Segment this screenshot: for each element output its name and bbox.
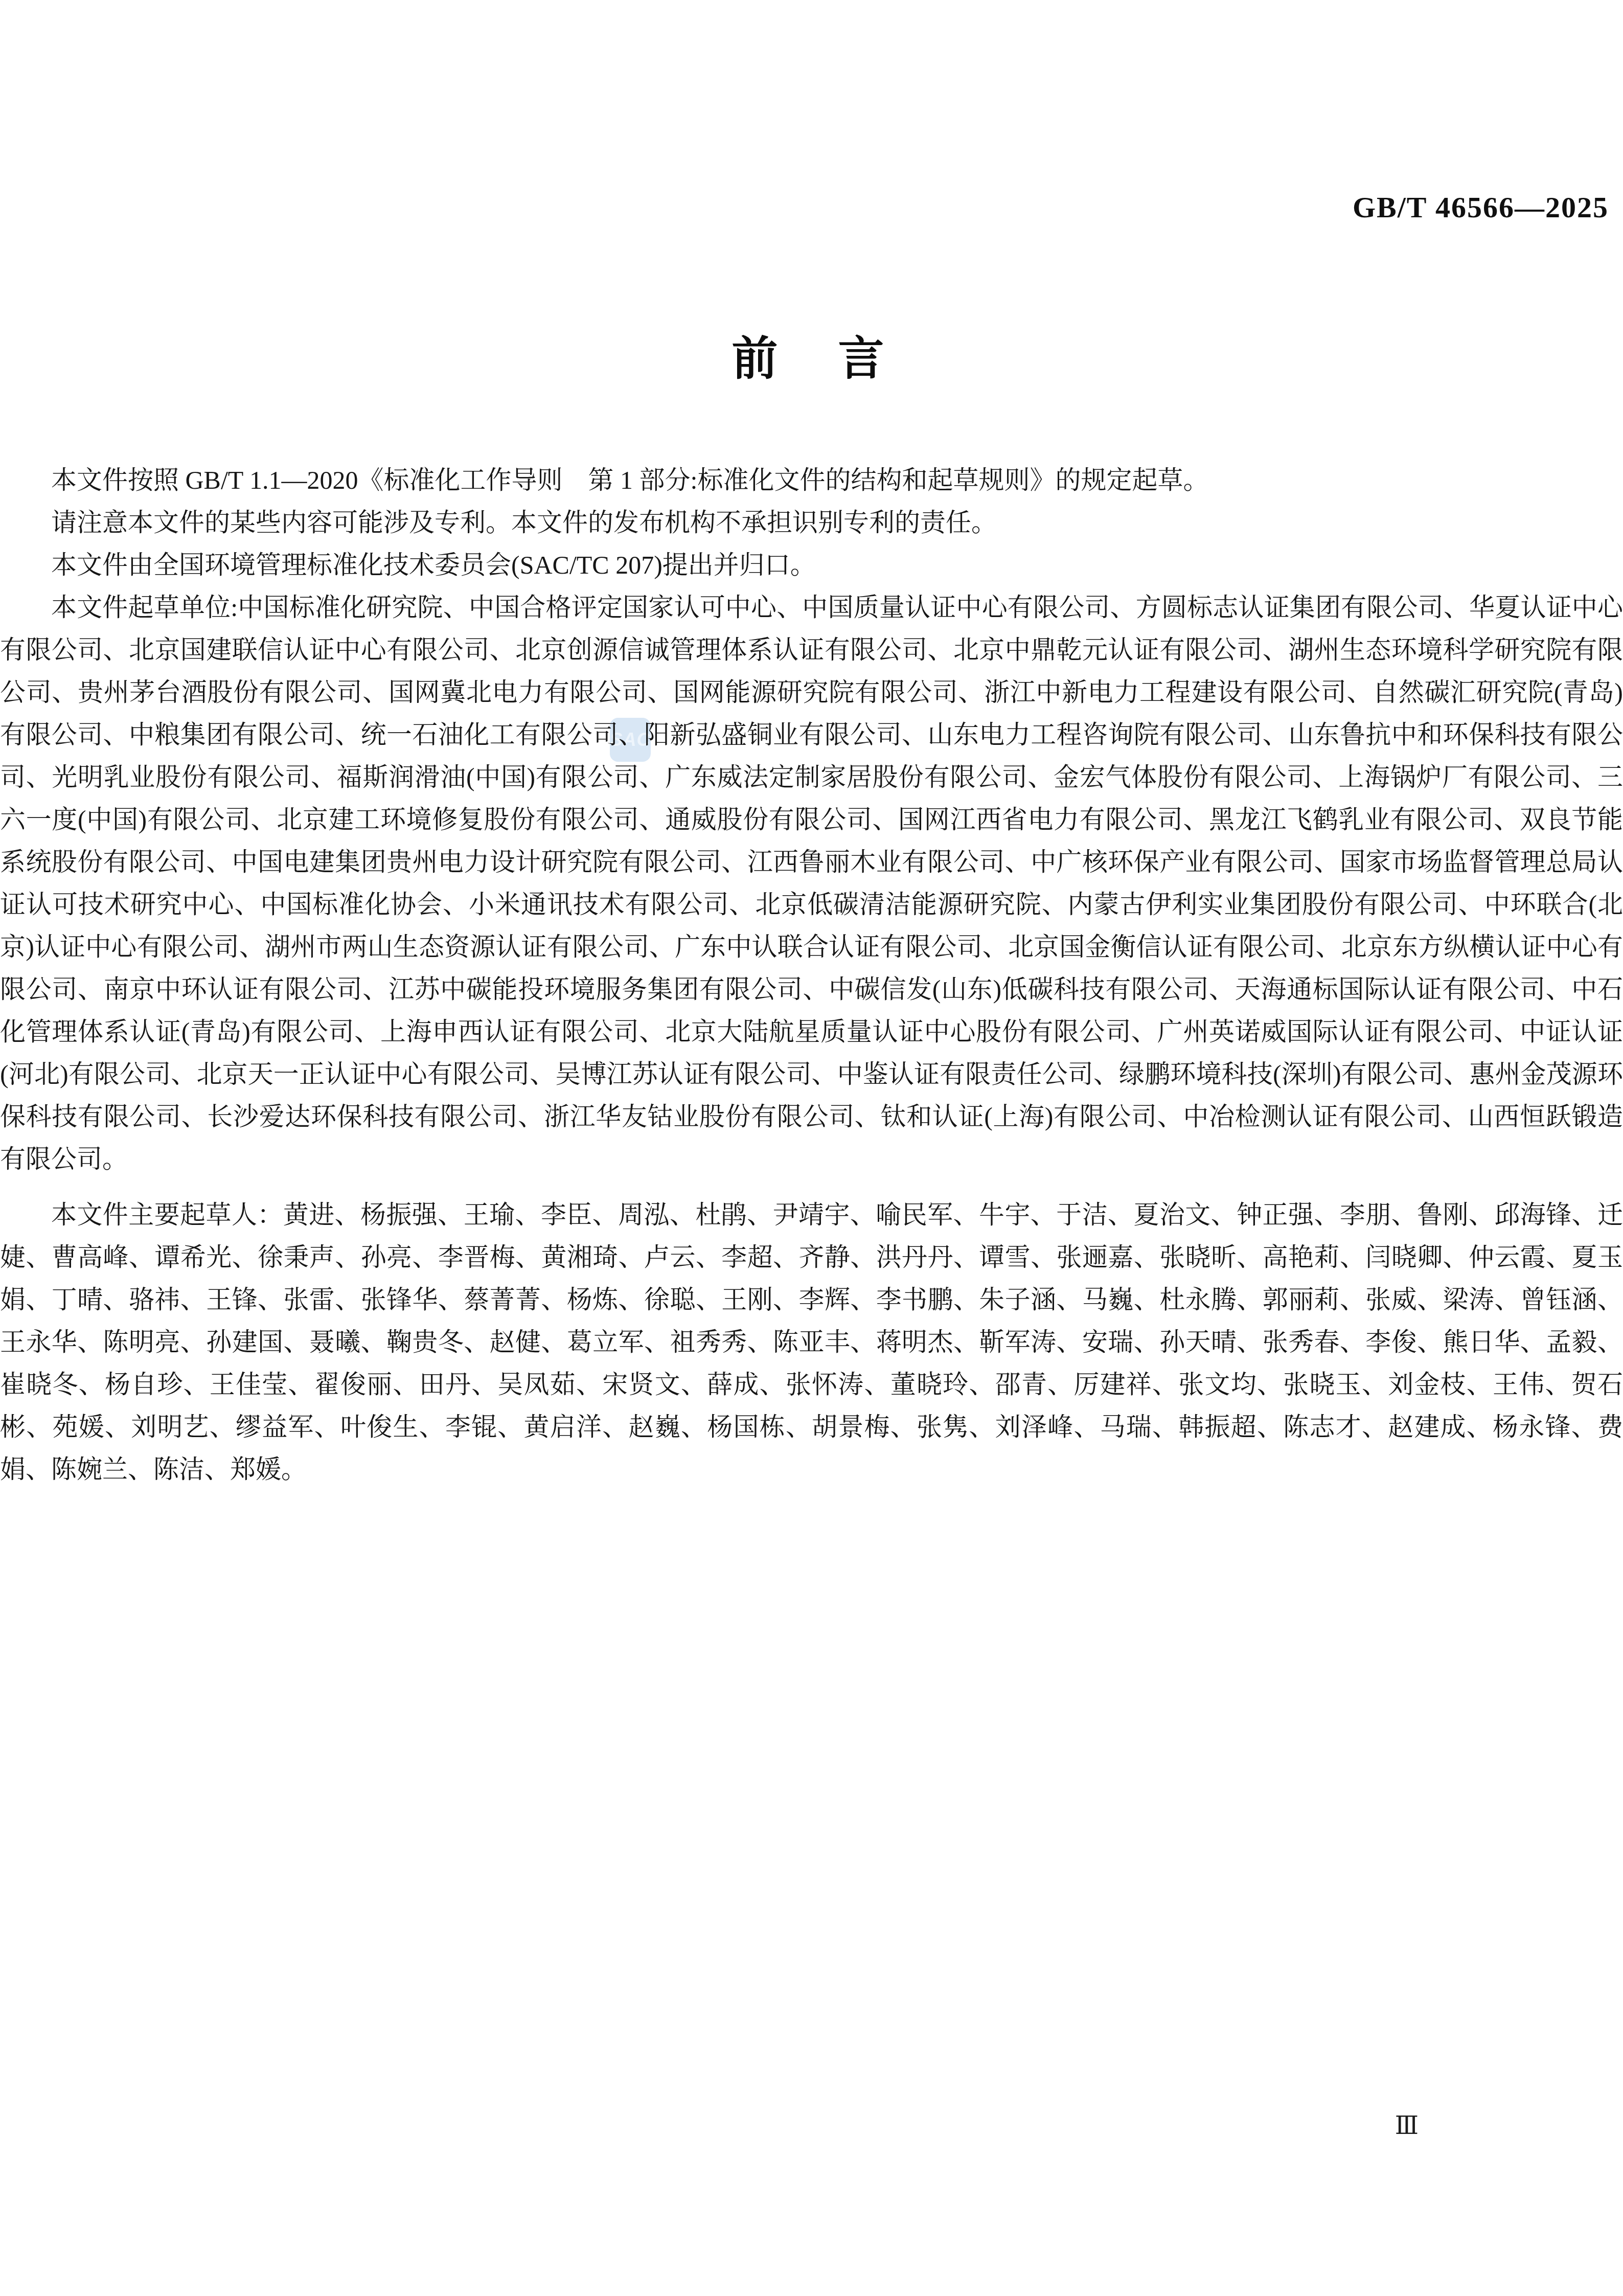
- paragraph-patent-notice: 请注意本文件的某些内容可能涉及专利。本文件的发布机构不承担识别专利的责任。: [0, 502, 1623, 544]
- page-number: Ⅲ: [1395, 2111, 1419, 2140]
- foreword-body: 本文件按照 GB/T 1.1—2020《标准化工作导则 第 1 部分:标准化文件…: [0, 459, 1623, 1491]
- page-title: 前 言: [0, 321, 1623, 388]
- paragraph-committee: 本文件由全国环境管理标准化技术委员会(SAC/TC 207)提出并归口。: [0, 544, 1623, 586]
- document-page: GB/T 46566—2025 前 言 SAC 本文件按照 GB/T 1.1—2…: [0, 0, 1623, 2296]
- paragraph-main-drafters: 本文件主要起草人：黄进、杨振强、王瑜、李臣、周泓、杜鹃、尹靖宇、喻民军、牛宇、于…: [0, 1194, 1623, 1491]
- paragraph-drafting-organizations: 本文件起草单位:中国标准化研究院、中国合格评定国家认可中心、中国质量认证中心有限…: [0, 586, 1623, 1180]
- paragraph-drafting-rules: 本文件按照 GB/T 1.1—2020《标准化工作导则 第 1 部分:标准化文件…: [0, 459, 1623, 502]
- standard-number: GB/T 46566—2025: [0, 190, 1623, 224]
